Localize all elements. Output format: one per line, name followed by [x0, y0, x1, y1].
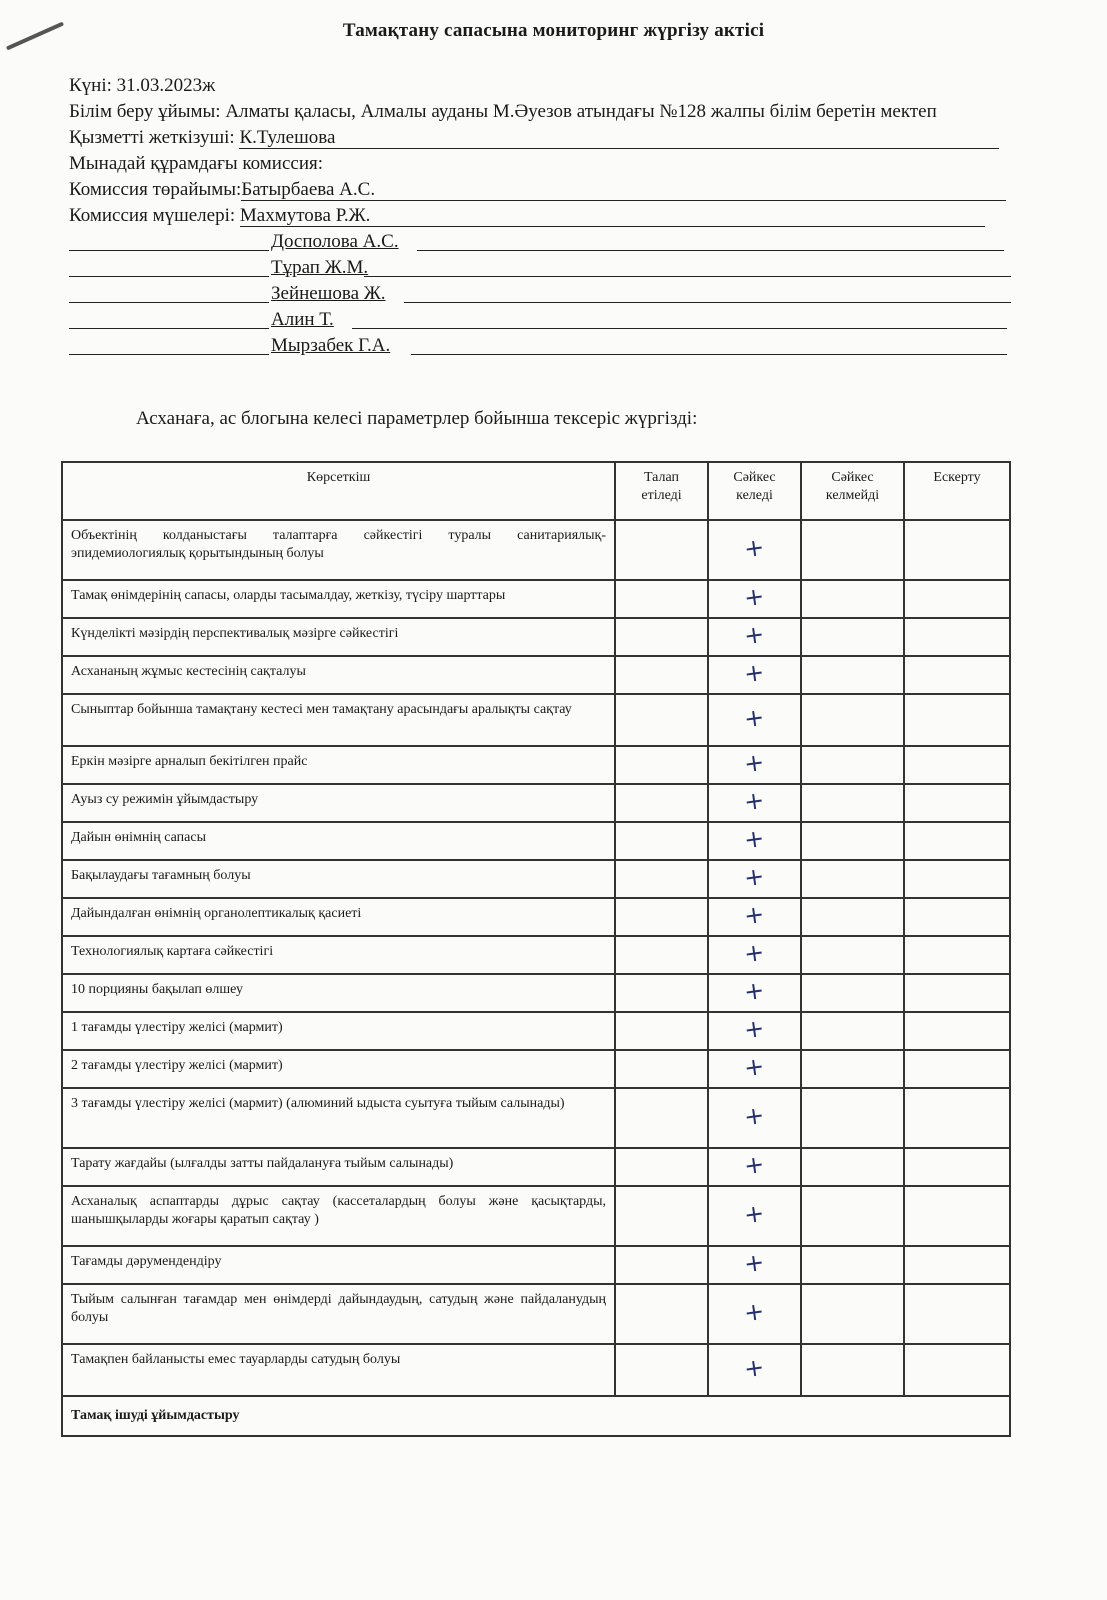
note-cell [904, 694, 1010, 746]
table-row: Асхананың жұмыс кестесінің сақталуы+ [62, 656, 1010, 694]
table-row: Ауыз су режимін ұйымдастыру+ [62, 784, 1010, 822]
compliant-cell: + [708, 656, 801, 694]
required-cell [615, 1186, 708, 1246]
compliant-cell: + [708, 694, 801, 746]
header-required: Талап етіледі [615, 462, 708, 520]
note-cell [904, 974, 1010, 1012]
handwritten-plus-mark: + [743, 624, 765, 645]
note-cell [904, 746, 1010, 784]
document-title: Тамақтану сапасына мониторинг жүргізу ак… [0, 20, 1107, 42]
table-row: 3 тағамды үлестіру желісі (мармит) (алюм… [62, 1088, 1010, 1148]
required-cell [615, 860, 708, 898]
header-compliant: Сәйкес келеді [708, 462, 801, 520]
noncompliant-cell [801, 1148, 904, 1186]
required-cell [615, 618, 708, 656]
handwritten-plus-mark: + [743, 1301, 765, 1322]
header-note: Ескерту [904, 462, 1010, 520]
table-row: Тарату жағдайы (ылғалды затты пайдалануғ… [62, 1148, 1010, 1186]
handwritten-plus-mark: + [743, 980, 765, 1001]
chair-line: Комиссия төрайымы:Батырбаева А.С. [69, 177, 1039, 203]
supplier-label: Қызметті жеткізуші: [69, 127, 235, 148]
noncompliant-cell [801, 1186, 904, 1246]
handwritten-plus-mark: + [743, 662, 765, 683]
noncompliant-cell [801, 784, 904, 822]
required-cell [615, 694, 708, 746]
compliant-cell: + [708, 1246, 801, 1284]
organization-line: Білім беру ұйымы: Алматы қаласы, Алмалы … [69, 99, 1039, 125]
table-row: Күнделікті мәзірдің перспективалық мәзір… [62, 618, 1010, 656]
noncompliant-cell [801, 936, 904, 974]
noncompliant-cell [801, 1088, 904, 1148]
compliant-cell: + [708, 898, 801, 936]
required-cell [615, 822, 708, 860]
compliant-cell: + [708, 1050, 801, 1088]
blank-line [69, 328, 269, 329]
supplier-value: К.Тулешова [239, 128, 999, 149]
note-cell [904, 784, 1010, 822]
compliant-cell: + [708, 1344, 801, 1396]
handwritten-plus-mark: + [743, 1252, 765, 1273]
members-line: Комиссия мүшелері: Махмутова Р.Ж. [69, 203, 1039, 229]
member-name: Мырзабек Г.А. [271, 333, 390, 359]
indicator-cell: 2 тағамды үлестіру желісі (мармит) [62, 1050, 615, 1088]
table-row: Асханалық аспаптарды дұрыс сақтау (кассе… [62, 1186, 1010, 1246]
blank-line [352, 328, 1007, 329]
required-cell [615, 1246, 708, 1284]
compliant-cell: + [708, 1148, 801, 1186]
note-cell [904, 1148, 1010, 1186]
handwritten-plus-mark: + [743, 904, 765, 925]
section-title: Тамақ ішуді ұйымдастыру [62, 1396, 1010, 1436]
note-cell [904, 822, 1010, 860]
blank-line [411, 354, 1007, 355]
compliant-cell: + [708, 1284, 801, 1344]
noncompliant-cell [801, 694, 904, 746]
header-noncompliant: Сәйкес келмейді [801, 462, 904, 520]
noncompliant-cell [801, 1284, 904, 1344]
required-cell [615, 784, 708, 822]
indicator-cell: Еркін мәзірге арналып бекітілген прайс [62, 746, 615, 784]
compliant-cell: + [708, 618, 801, 656]
required-cell [615, 1148, 708, 1186]
compliant-cell: + [708, 520, 801, 580]
required-cell [615, 1050, 708, 1088]
table-row: Бақылаудағы тағамның болуы+ [62, 860, 1010, 898]
indicator-cell: Сыныптар бойынша тамақтану кестесі мен т… [62, 694, 615, 746]
members-label: Комиссия мүшелері: [69, 205, 235, 226]
compliant-cell: + [708, 784, 801, 822]
required-cell [615, 898, 708, 936]
compliant-cell: + [708, 1186, 801, 1246]
date-line: Күні: 31.03.2023ж [69, 73, 1039, 99]
member-name: Алин Т. [271, 307, 334, 333]
noncompliant-cell [801, 822, 904, 860]
table-row: Тыйым салынған тағамдар мен өнімдерді да… [62, 1284, 1010, 1344]
compliant-cell: + [708, 580, 801, 618]
required-cell [615, 1284, 708, 1344]
indicator-cell: 3 тағамды үлестіру желісі (мармит) (алюм… [62, 1088, 615, 1148]
blank-line [364, 276, 1011, 277]
member-row: Мырзабек Г.А. [69, 333, 1039, 359]
blank-line [69, 354, 269, 355]
indicator-cell: Технологиялық картаға сәйкестігі [62, 936, 615, 974]
note-cell [904, 1088, 1010, 1148]
note-cell [904, 936, 1010, 974]
noncompliant-cell [801, 746, 904, 784]
indicator-cell: Дайындалған өнімнің органолептикалық қас… [62, 898, 615, 936]
note-cell [904, 898, 1010, 936]
document-header-fields: Күні: 31.03.2023ж Білім беру ұйымы: Алма… [69, 73, 1039, 359]
blank-line [404, 302, 1011, 303]
member-name: Досполова А.С. [271, 229, 399, 255]
indicator-cell: Тамақ өнімдерінің сапасы, оларды тасымал… [62, 580, 615, 618]
compliant-cell: + [708, 1088, 801, 1148]
handwritten-plus-mark: + [743, 942, 765, 963]
note-cell [904, 1012, 1010, 1050]
note-cell [904, 1186, 1010, 1246]
handwritten-plus-mark: + [743, 537, 765, 558]
note-cell [904, 656, 1010, 694]
organization-label: Білім беру ұйымы: [69, 101, 221, 122]
note-cell [904, 618, 1010, 656]
compliant-cell: + [708, 936, 801, 974]
member-row: Зейнешова Ж. [69, 281, 1039, 307]
compliant-cell: + [708, 974, 801, 1012]
indicator-cell: Тарату жағдайы (ылғалды затты пайдалануғ… [62, 1148, 615, 1186]
noncompliant-cell [801, 618, 904, 656]
chair-label: Комиссия төрайымы: [69, 179, 241, 200]
compliant-cell: + [708, 1012, 801, 1050]
noncompliant-cell [801, 1050, 904, 1088]
date-label: Күні: [69, 75, 112, 96]
inspection-intro: Асханаға, ас блогына келесі параметрлер … [136, 408, 697, 430]
required-cell [615, 1344, 708, 1396]
required-cell [615, 520, 708, 580]
noncompliant-cell [801, 860, 904, 898]
handwritten-plus-mark: + [743, 828, 765, 849]
handwritten-plus-mark: + [743, 1154, 765, 1175]
noncompliant-cell [801, 1344, 904, 1396]
noncompliant-cell [801, 974, 904, 1012]
noncompliant-cell [801, 580, 904, 618]
note-cell [904, 1246, 1010, 1284]
table-row: Тағамды дәрумендендіру+ [62, 1246, 1010, 1284]
member-row: Алин Т. [69, 307, 1039, 333]
handwritten-plus-mark: + [743, 1056, 765, 1077]
handwritten-plus-mark: + [743, 1105, 765, 1126]
table-row: Тамақпен байланысты емес тауарларды сату… [62, 1344, 1010, 1396]
table-row: 2 тағамды үлестіру желісі (мармит)+ [62, 1050, 1010, 1088]
blank-line [417, 250, 1004, 251]
indicator-cell: Тамақпен байланысты емес тауарларды сату… [62, 1344, 615, 1396]
noncompliant-cell [801, 1012, 904, 1050]
indicator-cell: Тағамды дәрумендендіру [62, 1246, 615, 1284]
member-name: Зейнешова Ж. [271, 281, 386, 307]
indicator-cell: Асхананың жұмыс кестесінің сақталуы [62, 656, 615, 694]
date-value: 31.03.2023ж [117, 75, 216, 96]
table-row: Еркін мәзірге арналып бекітілген прайс+ [62, 746, 1010, 784]
member-name: Махмутова Р.Ж. [240, 206, 985, 227]
noncompliant-cell [801, 656, 904, 694]
indicator-cell: Тыйым салынған тағамдар мен өнімдерді да… [62, 1284, 615, 1344]
table-row: Технологиялық картаға сәйкестігі+ [62, 936, 1010, 974]
note-cell [904, 580, 1010, 618]
commission-label: Мынадай құрамдағы комиссия: [69, 153, 323, 174]
inspection-table: Көрсеткіш Талап етіледі Сәйкес келеді Сә… [61, 461, 1011, 1437]
blank-line [69, 302, 269, 303]
handwritten-plus-mark: + [743, 866, 765, 887]
table-row: Сыныптар бойынша тамақтану кестесі мен т… [62, 694, 1010, 746]
table-row: 1 тағамды үлестіру желісі (мармит)+ [62, 1012, 1010, 1050]
required-cell [615, 746, 708, 784]
member-row: Тұрап Ж.М. [69, 255, 1039, 281]
handwritten-plus-mark: + [743, 707, 765, 728]
table-row: Дайын өнімнің сапасы+ [62, 822, 1010, 860]
compliant-cell: + [708, 746, 801, 784]
required-cell [615, 974, 708, 1012]
table-row: 10 порцияны бақылап өлшеу+ [62, 974, 1010, 1012]
required-cell [615, 936, 708, 974]
member-name: Тұрап Ж.М. [271, 255, 368, 281]
handwritten-plus-mark: + [743, 1357, 765, 1378]
note-cell [904, 520, 1010, 580]
handwritten-plus-mark: + [743, 752, 765, 773]
commission-line: Мынадай құрамдағы комиссия: [69, 151, 1039, 177]
table-row: Дайындалған өнімнің органолептикалық қас… [62, 898, 1010, 936]
indicator-cell: 1 тағамды үлестіру желісі (мармит) [62, 1012, 615, 1050]
indicator-cell: Дайын өнімнің сапасы [62, 822, 615, 860]
handwritten-plus-mark: + [743, 1203, 765, 1224]
noncompliant-cell [801, 898, 904, 936]
indicator-cell: Бақылаудағы тағамның болуы [62, 860, 615, 898]
indicator-cell: Ауыз су режимін ұйымдастыру [62, 784, 615, 822]
handwritten-plus-mark: + [743, 586, 765, 607]
table-row: Тамақ өнімдерінің сапасы, оларды тасымал… [62, 580, 1010, 618]
table-row: Объектінің колданыстағы талаптарға сәйке… [62, 520, 1010, 580]
noncompliant-cell [801, 520, 904, 580]
required-cell [615, 580, 708, 618]
compliant-cell: + [708, 822, 801, 860]
indicator-cell: Объектінің колданыстағы талаптарға сәйке… [62, 520, 615, 580]
indicator-cell: Күнделікті мәзірдің перспективалық мәзір… [62, 618, 615, 656]
blank-line [69, 250, 269, 251]
note-cell [904, 860, 1010, 898]
section-row: Тамақ ішуді ұйымдастыру [62, 1396, 1010, 1436]
note-cell [904, 1344, 1010, 1396]
note-cell [904, 1050, 1010, 1088]
required-cell [615, 656, 708, 694]
indicator-cell: Асханалық аспаптарды дұрыс сақтау (кассе… [62, 1186, 615, 1246]
supplier-line: Қызметті жеткізуші: К.Тулешова [69, 125, 1039, 151]
header-indicator: Көрсеткіш [62, 462, 615, 520]
organization-value: Алматы қаласы, Алмалы ауданы М.Әуезов ат… [225, 101, 936, 122]
member-row: Досполова А.С. [69, 229, 1039, 255]
note-cell [904, 1284, 1010, 1344]
noncompliant-cell [801, 1246, 904, 1284]
required-cell [615, 1012, 708, 1050]
required-cell [615, 1088, 708, 1148]
indicator-cell: 10 порцияны бақылап өлшеу [62, 974, 615, 1012]
blank-line [69, 276, 269, 277]
handwritten-plus-mark: + [743, 1018, 765, 1039]
chair-value: Батырбаева А.С. [241, 180, 1006, 201]
table-header-row: Көрсеткіш Талап етіледі Сәйкес келеді Сә… [62, 462, 1010, 520]
handwritten-plus-mark: + [743, 790, 765, 811]
compliant-cell: + [708, 860, 801, 898]
